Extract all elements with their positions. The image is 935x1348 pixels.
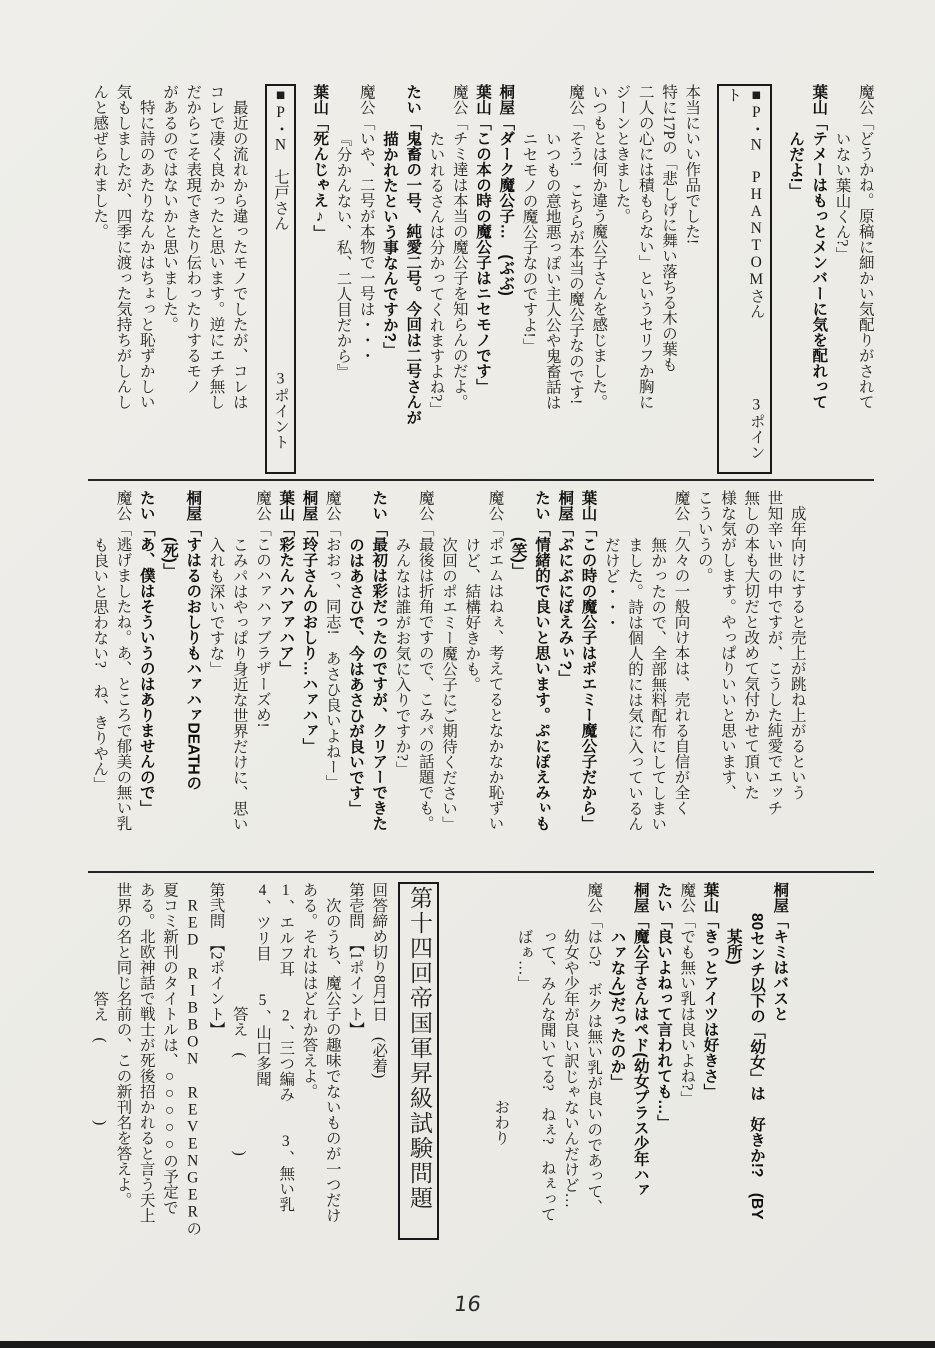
quiz-title-box: 第十四回帝国軍昇級試験問題 (398, 882, 439, 1240)
scanned-doujin-page: 魔公「どうかね。原稿に細かい気配りがされて いない葉山くん?」葉山「テメーはもっ… (0, 0, 935, 1348)
dialog-line: 桐屋「すはるのおしりもハァハァDEATHの (死)」 (158, 490, 205, 866)
comment-line: 特に17Pの「悲しげに舞い落ちる木の葉も 二人の心には積もらない」というセリフか… (610, 84, 680, 474)
section-divider (88, 871, 874, 873)
comment-line: いつもとは何か違う魔公子さんを感じました。 (587, 84, 610, 474)
dialog-line: 魔公「このハァハァブラザーズめ! こみパはやっぱり身近な世界だけに、思い 入れも… (204, 490, 274, 866)
comment-line: 特に詩のあたりなんかはちょっと恥ずかしい 気もしましたが、四季に渡った気持ちがし… (88, 84, 158, 474)
dialog-line: 桐屋「ダーク魔公子… (ぶぶ) (494, 84, 517, 474)
comment-line: 本当にいい作品でした! (680, 84, 703, 474)
reviewer-credit-box: ■P・N 七戸さん 3ポイント (265, 84, 296, 474)
dialog-line: 葉山「きっとアイツは好きさ」 (698, 882, 721, 1298)
page-content: 魔公「どうかね。原稿に細かい気配りがされて いない葉山くん?」葉山「テメーはもっ… (88, 84, 874, 1298)
section-talk-end-and-quiz: 桐屋「キミはバスと 80センチ以下の「幼女」は 好きか!? (BY 某所)葉山「… (88, 882, 791, 1298)
dialog-line: 魔公「おおっ、同志! あさひ良いよねー」 (321, 490, 344, 866)
text-line: 答え ( ) (228, 882, 251, 1298)
dialog-line: たい「良いよねって言われても…」 (652, 882, 675, 1298)
dialog-line: 魔公「はひ? ボクは無い乳が良いのであって、 幼女や少年が良い訳じゃないんだけど… (512, 882, 605, 1298)
text-line: 回答締め切り8月1日 (必着) (367, 882, 390, 1298)
dialog-line: たい「最初は彩だったのですが、クリアーできた のはあさひで、今はあさひが良いです… (344, 490, 391, 866)
text-line: 第壱問 【1ポイント】 (344, 882, 367, 1298)
comment-line: RED RIBBON REVENGERの 夏コミ新刊のタイトルは、○○○○○の予… (111, 882, 204, 1298)
text-line: 1、エルフ耳 2、三つ編み 3、無い乳 (274, 882, 297, 1298)
dialog-line: 魔公「ポエムはねぇ、考えてるとなかなか恥ずい けど、結構好きかも。 次回のポエミ… (437, 490, 507, 866)
text-line: おわり (489, 882, 512, 1298)
comment-line: 最近の流れから違ったモノでしたが、コレは コレで凄く良かったと思います。逆にエチ… (158, 84, 251, 474)
page-edge-strip (0, 1341, 935, 1348)
comment-line: 成年向けにすると売上が跳ね上がるという 世知辛い世の中ですが、こうした純愛でエッ… (693, 490, 809, 866)
dialog-line: 魔公「最後は折角ですので、こみパの話題でも。 みんなは誰がお気に入りですか?」 (390, 490, 437, 866)
text-line: 第弐問 【2ポイント】 (204, 882, 227, 1298)
reviewer-credit-text: ■P・N 七戸さん 3ポイント (269, 87, 292, 471)
dialog-line: 魔公「久々の一般向け本は、売れる自信が全く 無かったので、全部無料配布にしてしま… (600, 490, 693, 866)
dialog-line: たい「あ、僕はそういうのはありませんので」 (135, 490, 158, 866)
dialog-line: 桐屋「ぶにぶにぽえみぃ?」 (553, 490, 576, 866)
dialog-line: たい「鬼畜の一号、純愛二号。今回は二号さんが 描かれたという事なんですか?」 (378, 84, 425, 474)
text-line: 4、ツリ目 5、山口多聞 (251, 882, 274, 1298)
dialog-line: 桐屋「玲子さんのおしり…ハァハァ」 (297, 490, 320, 866)
section-reader-reviews-2: 成年向けにすると売上が跳ね上がるという 世知辛い世の中ですが、こうした純愛でエッ… (88, 490, 809, 866)
dialog-line: 葉山「この本の時の魔公子はニセモノです」 (471, 84, 494, 474)
dialog-line: 桐屋「魔公子さんはペド(幼女プラス少年ハァ ハァなん)だったのか」 (605, 882, 652, 1298)
dialog-line: 魔公「チミ達は本当の魔公子を知らんのだよ。 たいれるさんは分かってくれますよね?… (424, 84, 471, 474)
dialog-line: 魔公「いや、二号が本物で一号は・・・ 『分かんない、私、二人目だから』 (331, 84, 378, 474)
dialog-line: 魔公「逃げましたね。あ、ところで郁美の無い乳 も良いと思わない? ね、きりやん」 (88, 490, 135, 866)
comment-line: 次のうち、魔公子の趣味でないものが一つだけ ある。それははどれか答えよ。 (297, 882, 344, 1298)
page-number: 16 (0, 1292, 935, 1316)
dialog-line: 葉山「彩たんハアァハア」 (274, 490, 297, 866)
section-divider (88, 479, 874, 481)
dialog-line: 桐屋「キミはバスと 80センチ以下の「幼女」は 好きか!? (BY 某所) (722, 882, 792, 1298)
dialog-line: 葉山「テメーはもっとメンバーに気を配れって んだよ!」 (784, 84, 831, 474)
dialog-line: 魔公「そう! こちらが本当の魔公子なのです! いつもの意地悪っぽい主人公や鬼畜話… (517, 84, 587, 474)
dialog-line: 魔公「どうかね。原稿に細かい気配りがされて いない葉山くん?」 (830, 84, 877, 474)
dialog-line: 葉山「この時の魔公子はポエミー魔公子だから」 (576, 490, 599, 866)
reviewer-credit-text: ■P・N PHANTOMさん 3ポイント (721, 87, 768, 471)
section-reader-reviews-1: 魔公「どうかね。原稿に細かい気配りがされて いない葉山くん?」葉山「テメーはもっ… (88, 84, 877, 474)
reviewer-credit-box: ■P・N PHANTOMさん 3ポイント (717, 84, 772, 474)
dialog-line: 葉山「死んじゃえ♪」 (308, 84, 331, 474)
dialog-line: たい「情緒的で良いと思います。ぷにぽえみぃも (笑)」 (507, 490, 554, 866)
quiz-title-text: 第十四回帝国軍昇級試験問題 (404, 886, 433, 1236)
text-line: 答え ( ) (88, 882, 111, 1298)
dialog-line: 魔公「でも無い乳は良いよね?」 (675, 882, 698, 1298)
